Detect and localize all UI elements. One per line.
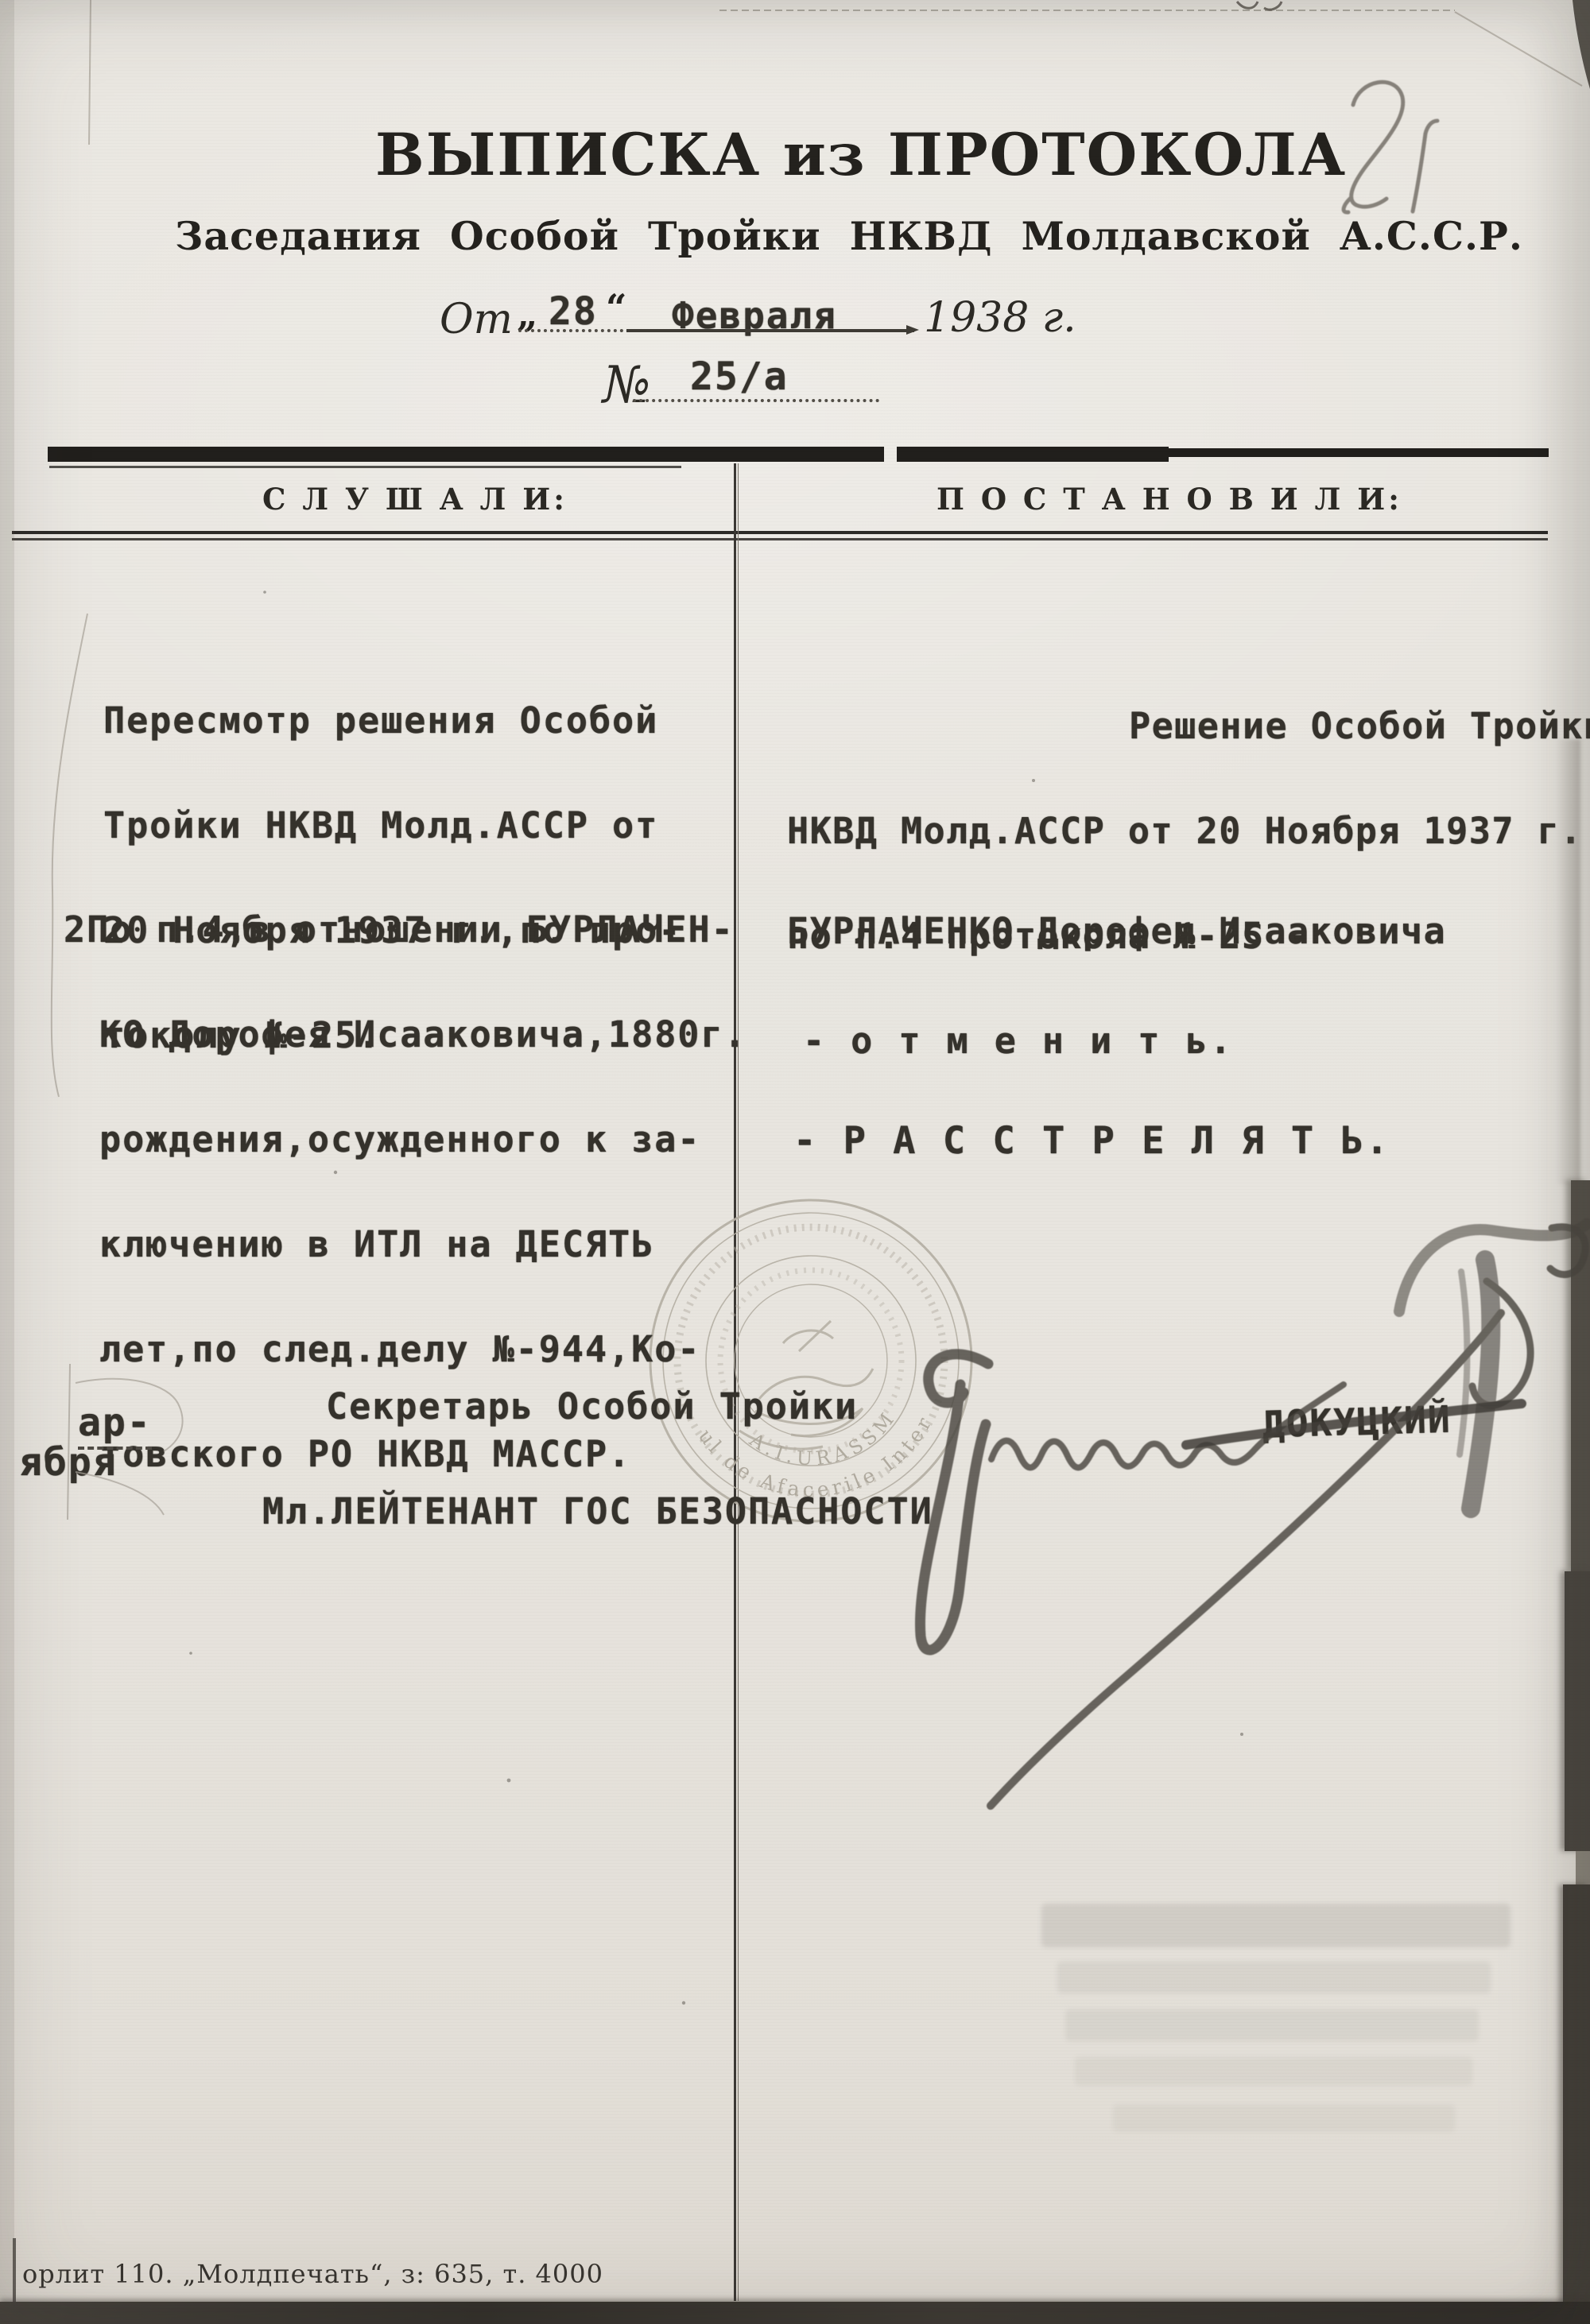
top-edge-scribble [1237, 2, 1282, 10]
dust-specks [189, 591, 1361, 2004]
document-page: ВЫПИСКА из ПРОТОКОЛА Заседания Особой Тр… [0, 0, 1590, 2324]
handwritten-page-number [1344, 82, 1437, 212]
top-right-corner-wedge [1573, 0, 1590, 89]
name-strikethrough [1186, 1404, 1522, 1445]
ink-overlay [0, 0, 1590, 2324]
signature-ink [920, 1224, 1587, 1806]
paper-creases [52, 0, 1582, 1520]
